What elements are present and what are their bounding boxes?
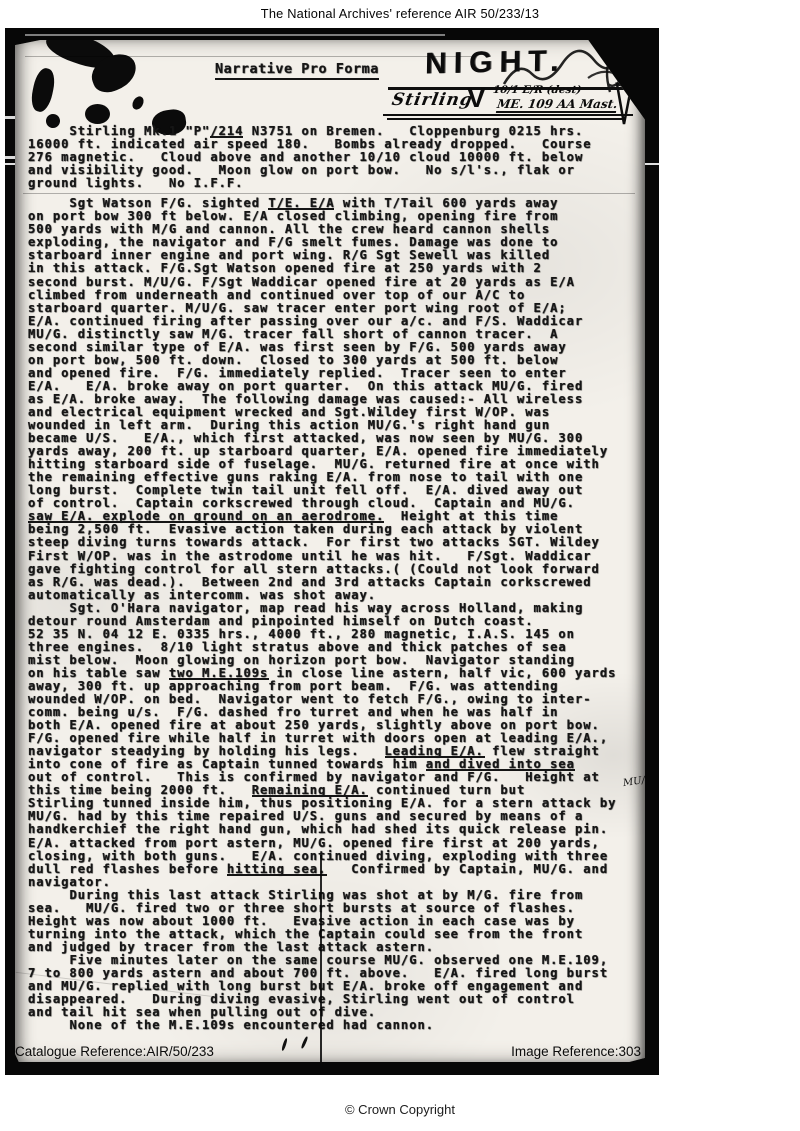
- paragraph-first-combat: Sgt Watson F/G. sighted T/E. E/A with T/…: [28, 197, 643, 601]
- paper-crease: [25, 56, 475, 57]
- report-paper: Narrative Pro Forma NIGHT. Stirling V 10…: [15, 40, 645, 1062]
- form-rule-line: [383, 114, 633, 116]
- handwritten-check-mark: [610, 82, 644, 128]
- scanned-document: Narrative Pro Forma NIGHT. Stirling V 10…: [5, 28, 659, 1075]
- image-reference: Image Reference:303: [511, 1044, 641, 1059]
- handwritten-tick: [281, 1038, 288, 1051]
- handwritten-tick: [300, 1036, 308, 1049]
- fold-line: [320, 855, 322, 1062]
- paragraph-final-encounter: Five minutes later on the same course MU…: [28, 954, 643, 1032]
- underline-mark: [268, 208, 334, 210]
- underline-mark: [252, 795, 368, 797]
- report-body: Stirling Mk.1 "P"/214 N3751 on Bremen. C…: [28, 125, 643, 1032]
- page: The National Archives' reference AIR 50/…: [0, 0, 800, 1131]
- handwritten-claim-line-2: ME. 109 AA Mast.: [496, 97, 619, 113]
- scan-scratch-line: [25, 34, 445, 36]
- form-title: Narrative Pro Forma: [215, 61, 379, 80]
- handwritten-mark-number: V: [467, 82, 486, 114]
- underline-mark: [28, 521, 384, 523]
- underline-mark: [426, 769, 575, 771]
- torn-paper-mark: [130, 94, 146, 111]
- underline-mark: [385, 756, 485, 758]
- catalogue-reference: Catalogue Reference:AIR/50/233: [15, 1044, 214, 1059]
- paragraph-navigator-combat: Sgt. O'Hara navigator, map read his way …: [28, 602, 643, 889]
- form-rule-line: [387, 118, 625, 120]
- archive-reference-header: The National Archives' reference AIR 50/…: [0, 6, 800, 21]
- handwritten-aircraft-type: Stirling: [390, 90, 474, 110]
- paragraph-sea-fire: During this last attack Stirling was sho…: [28, 889, 643, 954]
- handwritten-claim-line-1: 10/1 E/R (dest): [492, 84, 582, 96]
- torn-paper-mark: [29, 66, 58, 113]
- ink-blot: [85, 104, 110, 124]
- crown-copyright: © Crown Copyright: [0, 1102, 800, 1117]
- underline-mark: [169, 678, 269, 680]
- underline-mark: [210, 136, 243, 138]
- paragraph-sortie-summary: Stirling Mk.1 "P"/214 N3751 on Bremen. C…: [28, 125, 643, 190]
- underline-mark: [227, 874, 327, 876]
